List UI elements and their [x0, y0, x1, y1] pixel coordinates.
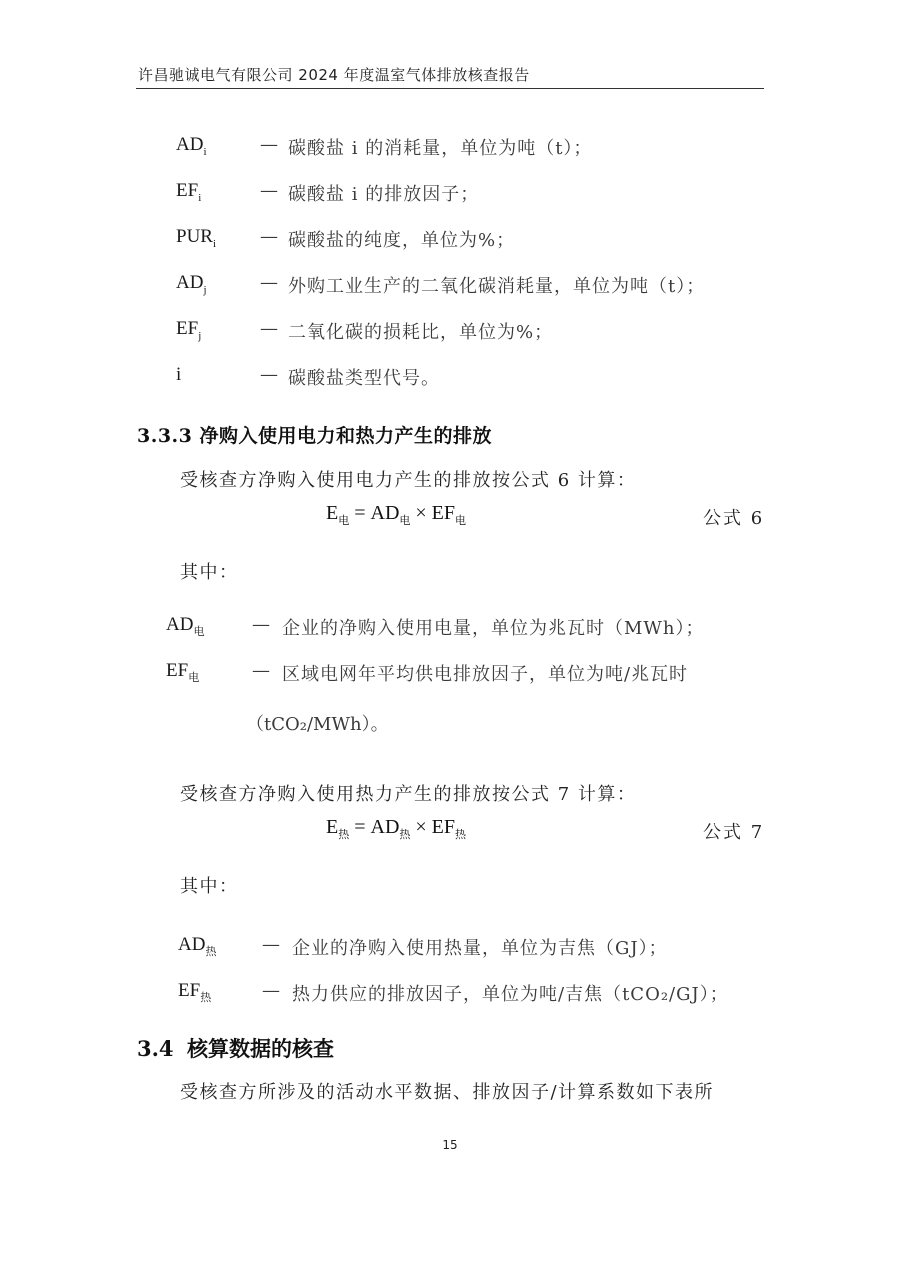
definition-symbol: PURi: [176, 226, 216, 250]
definition-dash: —: [260, 364, 278, 385]
definition-description: 企业的净购入使用电量，单位为兆瓦时（MWh）；: [282, 614, 705, 640]
definition-symbol: i: [176, 364, 181, 388]
report-header-title: 许昌驰诚电气有限公司 2024 年度温室气体排放核查报告: [138, 64, 530, 85]
definition-row: EF电 — 区域电网年平均供电排放因子，单位为吨/兆瓦时: [166, 660, 776, 686]
definition-dash: —: [260, 180, 278, 201]
definition-row: EFj — 二氧化碳的损耗比，单位为%；: [176, 318, 776, 344]
electricity-intro-paragraph: 受核查方净购入使用电力产生的排放按公式 6 计算：: [180, 466, 636, 492]
definition-symbol: ADi: [176, 134, 207, 158]
definition-dash: —: [252, 614, 270, 635]
formula-6-label: 公式 6: [703, 504, 764, 530]
definition-description: 热力供应的排放因子，单位为吨/吉焦（tCO₂/GJ）；: [292, 980, 729, 1006]
section-number: 3.4: [137, 1036, 187, 1061]
definition-row: AD热 — 企业的净购入使用热量，单位为吉焦（GJ）；: [178, 934, 778, 960]
definition-symbol: EF热: [178, 980, 211, 1005]
section-title: 核算数据的核查: [187, 1036, 334, 1061]
definition-row: EF热 — 热力供应的排放因子，单位为吨/吉焦（tCO₂/GJ）；: [178, 980, 778, 1006]
definition-dash: —: [260, 226, 278, 247]
definition-row: ADi — 碳酸盐 i 的消耗量，单位为吨（t）；: [176, 134, 776, 160]
heat-intro-paragraph: 受核查方净购入使用热力产生的排放按公式 7 计算：: [180, 780, 636, 806]
where-label: 其中：: [180, 558, 239, 584]
section-heading-3-4: 3.4核算数据的核查: [137, 1033, 334, 1063]
definition-description: 碳酸盐类型代号。: [288, 364, 440, 390]
formula-7: E热 = AD热 × EF热: [326, 816, 466, 842]
definition-description: 碳酸盐的纯度，单位为%；: [288, 226, 515, 252]
definition-description: 外购工业生产的二氧化碳消耗量，单位为吨（t）；: [288, 272, 705, 298]
definition-symbol: AD电: [166, 614, 204, 639]
section-heading-3-3-3: 3.3.3 净购入使用电力和热力产生的排放: [137, 421, 492, 448]
section-3-4-intro-paragraph: 受核查方所涉及的活动水平数据、排放因子/计算系数如下表所: [180, 1078, 714, 1104]
definition-row: i — 碳酸盐类型代号。: [176, 364, 776, 390]
formula-7-label: 公式 7: [703, 818, 764, 844]
definition-row: PURi — 碳酸盐的纯度，单位为%；: [176, 226, 776, 252]
definition-dash: —: [252, 660, 270, 681]
definition-dash: —: [260, 134, 278, 155]
definition-dash: —: [262, 980, 280, 1001]
definition-row: AD电 — 企业的净购入使用电量，单位为兆瓦时（MWh）；: [166, 614, 776, 640]
definition-row: ADj — 外购工业生产的二氧化碳消耗量，单位为吨（t）；: [176, 272, 776, 298]
definition-symbol: EF电: [166, 660, 199, 685]
where-label: 其中：: [180, 872, 239, 898]
definition-description: 二氧化碳的损耗比，单位为%；: [288, 318, 553, 344]
definition-dash: —: [262, 934, 280, 955]
definition-symbol: EFj: [176, 318, 201, 342]
definition-description: 企业的净购入使用热量，单位为吉焦（GJ）；: [292, 934, 668, 960]
page-number: 15: [0, 1138, 900, 1152]
definition-row: EFi — 碳酸盐 i 的排放因子；: [176, 180, 776, 206]
definition-dash: —: [260, 272, 278, 293]
header-divider: [136, 88, 764, 89]
formula-6: E电 = AD电 × EF电: [326, 502, 466, 528]
definition-description: 碳酸盐 i 的排放因子；: [288, 180, 479, 206]
definition-description: 区域电网年平均供电排放因子，单位为吨/兆瓦时: [282, 660, 688, 686]
definition-unit-continuation: （tCO₂/MWh）。: [246, 710, 389, 736]
definition-dash: —: [260, 318, 278, 339]
definition-symbol: ADj: [176, 272, 207, 296]
definition-description: 碳酸盐 i 的消耗量，单位为吨（t）；: [288, 134, 592, 160]
definition-symbol: EFi: [176, 180, 201, 204]
definition-symbol: AD热: [178, 934, 216, 959]
